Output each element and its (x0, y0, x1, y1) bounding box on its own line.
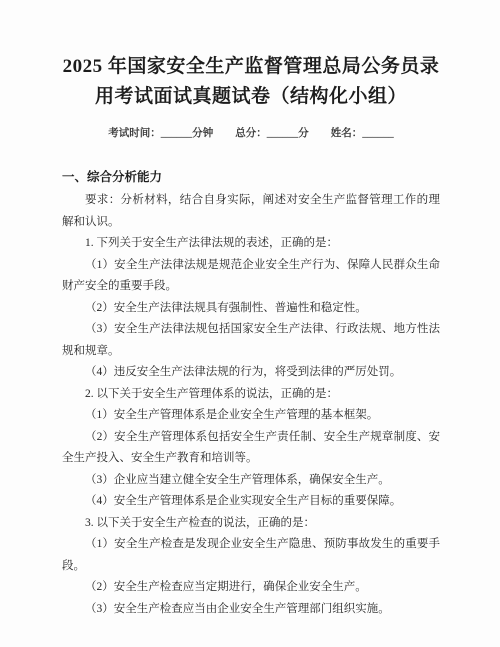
question-2-option-2: （2）安全生产管理体系包括安全生产责任制、安全生产规章制度、安全生产投入、安全生… (62, 427, 440, 470)
section-body: 要求：分析材料，结合自身实际，阐述对安全生产监督管理工作的理解和认识。 1. 下… (62, 190, 440, 620)
question-2-option-3: （3）企业应当建立健全安全生产管理体系，确保安全生产。 (62, 470, 440, 492)
section-requirement: 要求：分析材料，结合自身实际，阐述对安全生产监督管理工作的理解和认识。 (62, 190, 440, 233)
question-1-stem: 1. 下列关于安全生产法律法规的表述，正确的是： (62, 233, 440, 255)
question-1-option-4: （4）违反安全生产法律法规的行为，将受到法律的严厉处罚。 (62, 362, 440, 384)
exam-meta-row: 考试时间：______分钟 总分：______分 姓名：______ (62, 125, 440, 140)
question-1-option-2: （2）安全生产法律法规具有强制性、普遍性和稳定性。 (62, 298, 440, 320)
question-2-option-1: （1）安全生产管理体系是企业安全生产管理的基本框架。 (62, 405, 440, 427)
section-heading: 一、综合分析能力 (62, 168, 440, 186)
question-3-option-2: （2）安全生产检查应当定期进行，确保企业安全生产。 (62, 577, 440, 599)
question-3-option-1: （1）安全生产检查是发现企业安全生产隐患、预防事故发生的重要手段。 (62, 534, 440, 577)
question-2-option-4: （4）安全生产管理体系是企业实现安全生产目标的重要保障。 (62, 491, 440, 513)
page-title: 2025 年国家安全生产监督管理总局公务员录 用考试面试真题试卷（结构化小组） (62, 52, 440, 112)
page-title-line1: 2025 年国家安全生产监督管理总局公务员录 (62, 52, 440, 82)
total-score-field: 总分：______分 (235, 125, 309, 140)
question-3-stem: 3. 以下关于安全生产检查的说法，正确的是： (62, 513, 440, 535)
question-1-option-1: （1）安全生产法律法规是规范企业安全生产行为、保障人民群众生命财产安全的重要手段… (62, 255, 440, 298)
question-1-option-3: （3）安全生产法律法规包括国家安全生产法律、行政法规、地方性法规和规章。 (62, 319, 440, 362)
question-3-option-3: （3）安全生产检查应当由企业安全生产管理部门组织实施。 (62, 599, 440, 621)
question-2-stem: 2. 以下关于安全生产管理体系的说法，正确的是： (62, 384, 440, 406)
exam-paper-page: 2025 年国家安全生产监督管理总局公务员录 用考试面试真题试卷（结构化小组） … (0, 0, 500, 647)
page-title-line2: 用考试面试真题试卷（结构化小组） (62, 82, 440, 112)
exam-time-field: 考试时间：______分钟 (108, 125, 213, 140)
name-field: 姓名：______ (331, 125, 394, 140)
